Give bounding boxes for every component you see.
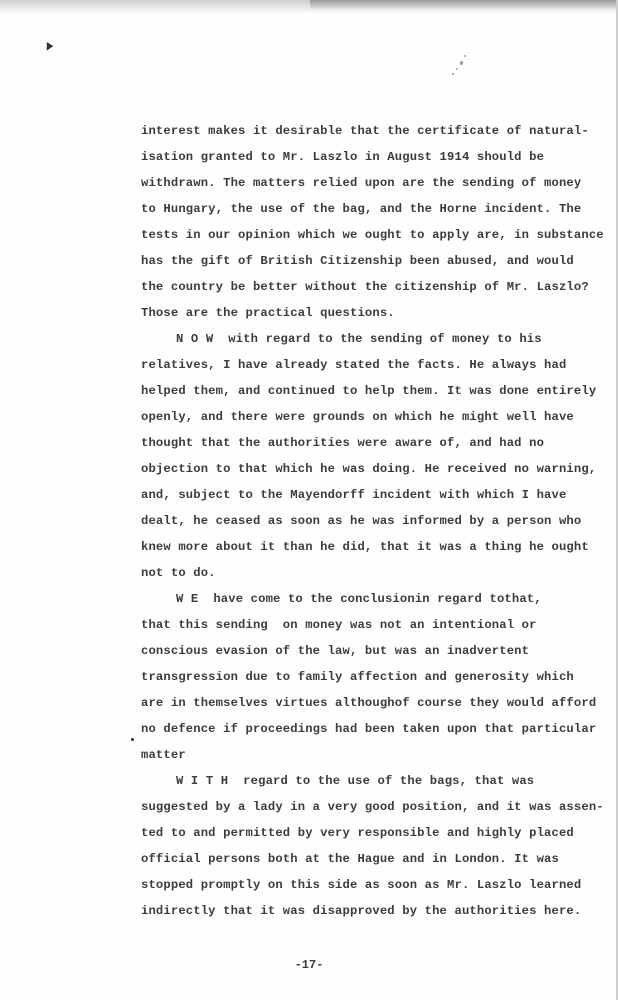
paragraph: N O W with regard to the sending of mone…	[141, 326, 618, 586]
text-line: and, subject to the Mayendorff incident …	[141, 482, 618, 508]
paragraph: interest makes it desirable that the cer…	[141, 118, 618, 326]
text-line: ted to and permitted by very responsible…	[141, 820, 618, 846]
text-line: to Hungary, the use of the bag, and the …	[141, 196, 618, 222]
typewritten-body: interest makes it desirable that the cer…	[141, 118, 618, 924]
text-line: conscious evasion of the law, but was an…	[141, 638, 618, 664]
text-line: has the gift of British Citizenship been…	[141, 248, 618, 274]
text-line: W E have come to the conclusionin regard…	[141, 586, 618, 612]
text-line: N O W with regard to the sending of mone…	[141, 326, 618, 352]
text-line: suggested by a lady in a very good posit…	[141, 794, 618, 820]
text-line: no defence if proceedings had been taken…	[141, 716, 618, 742]
text-line: relatives, I have already stated the fac…	[141, 352, 618, 378]
text-line: indirectly that it was disapproved by th…	[141, 898, 618, 924]
text-line: helped them, and continued to help them.…	[141, 378, 618, 404]
text-line: official persons both at the Hague and i…	[141, 846, 618, 872]
text-line: openly, and there were grounds on which …	[141, 404, 618, 430]
text-line: interest makes it desirable that the cer…	[141, 118, 618, 144]
text-line: transgression due to family affection an…	[141, 664, 618, 690]
text-line: withdrawn. The matters relied upon are t…	[141, 170, 618, 196]
text-line: not to do.	[141, 560, 618, 586]
paragraph: W I T H regard to the use of the bags, t…	[141, 768, 618, 924]
text-line: are in themselves virtues althoughof cou…	[141, 690, 618, 716]
text-line: objection to that which he was doing. He…	[141, 456, 618, 482]
text-line: matter	[141, 742, 618, 768]
text-line: Those are the practical questions.	[141, 300, 618, 326]
paragraph: W E have come to the conclusionin regard…	[141, 586, 618, 768]
text-line: the country be better without the citize…	[141, 274, 618, 300]
scan-specks	[450, 55, 470, 80]
text-line: knew more about it than he did, that it …	[141, 534, 618, 560]
text-line: W I T H regard to the use of the bags, t…	[141, 768, 618, 794]
page-number: -17-	[0, 958, 618, 972]
text-line: isation granted to Mr. Laszlo in August …	[141, 144, 618, 170]
text-line: dealt, he ceased as soon as he was infor…	[141, 508, 618, 534]
document-page: interest makes it desirable that the cer…	[0, 0, 618, 1000]
margin-mark-icon	[43, 40, 54, 50]
text-line: that this sending on money was not an in…	[141, 612, 618, 638]
text-line: stopped promptly on this side as soon as…	[141, 872, 618, 898]
scan-shadow-top	[0, 0, 618, 14]
text-line: tests in our opinion which we ought to a…	[141, 222, 618, 248]
margin-dot	[131, 738, 134, 741]
text-line: thought that the authorities were aware …	[141, 430, 618, 456]
